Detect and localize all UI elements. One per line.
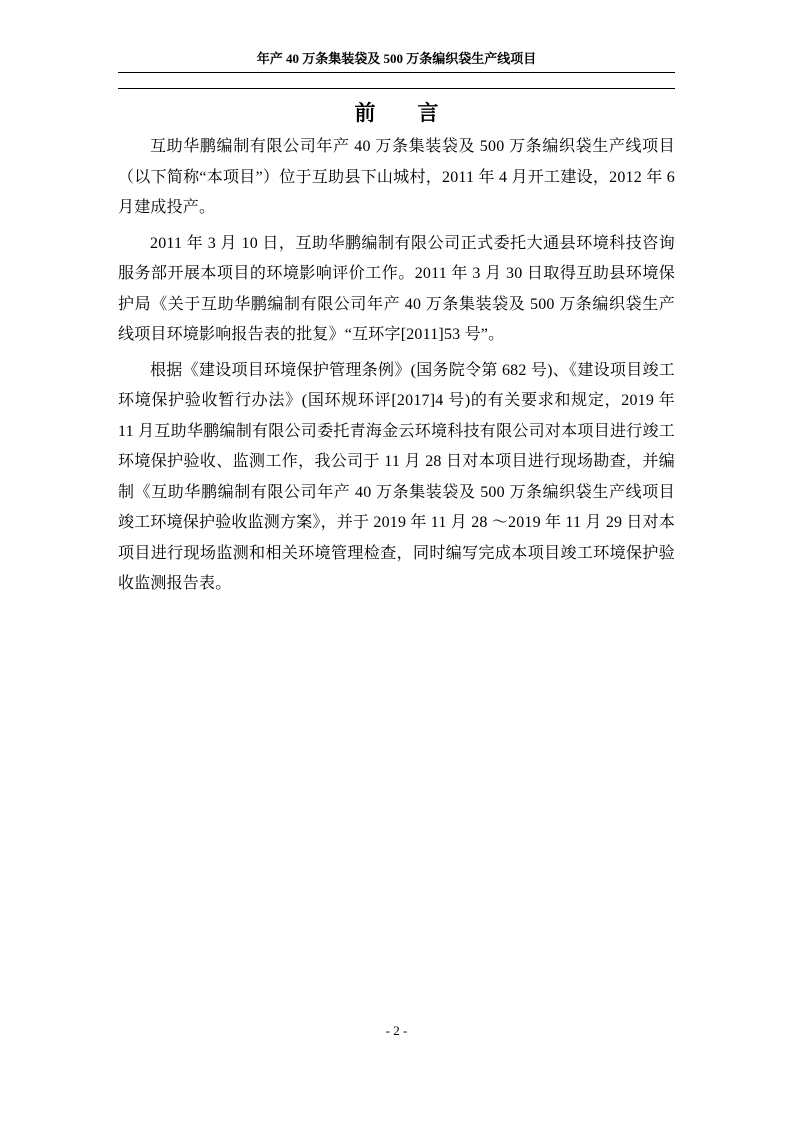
page-number: - 2 - [386, 1023, 408, 1038]
header-rule-bottom [118, 88, 675, 89]
document-page: 年产 40 万条集装袋及 500 万条编织袋生产线项目 前 言 互助华鹏编制有限… [0, 0, 793, 1122]
running-header-title: 年产 40 万条集装袋及 500 万条编织袋生产线项目 [118, 50, 675, 67]
page-content: 年产 40 万条集装袋及 500 万条编织袋生产线项目 前 言 互助华鹏编制有限… [118, 0, 675, 605]
body-text: 互助华鹏编制有限公司年产 40 万条集装袋及 500 万条编织袋生产线项目（以下… [118, 132, 675, 600]
paragraph: 根据《建设项目环境保护管理条例》(国务院令第 682 号)、《建设项目竣工环境保… [118, 356, 675, 600]
header-rule-top [118, 72, 675, 73]
section-title: 前 言 [118, 98, 675, 128]
page-footer: - 2 - [0, 1023, 793, 1039]
paragraph: 互助华鹏编制有限公司年产 40 万条集装袋及 500 万条编织袋生产线项目（以下… [118, 132, 675, 224]
paragraph: 2011 年 3 月 10 日，互助华鹏编制有限公司正式委托大通县环境科技咨询服… [118, 229, 675, 351]
